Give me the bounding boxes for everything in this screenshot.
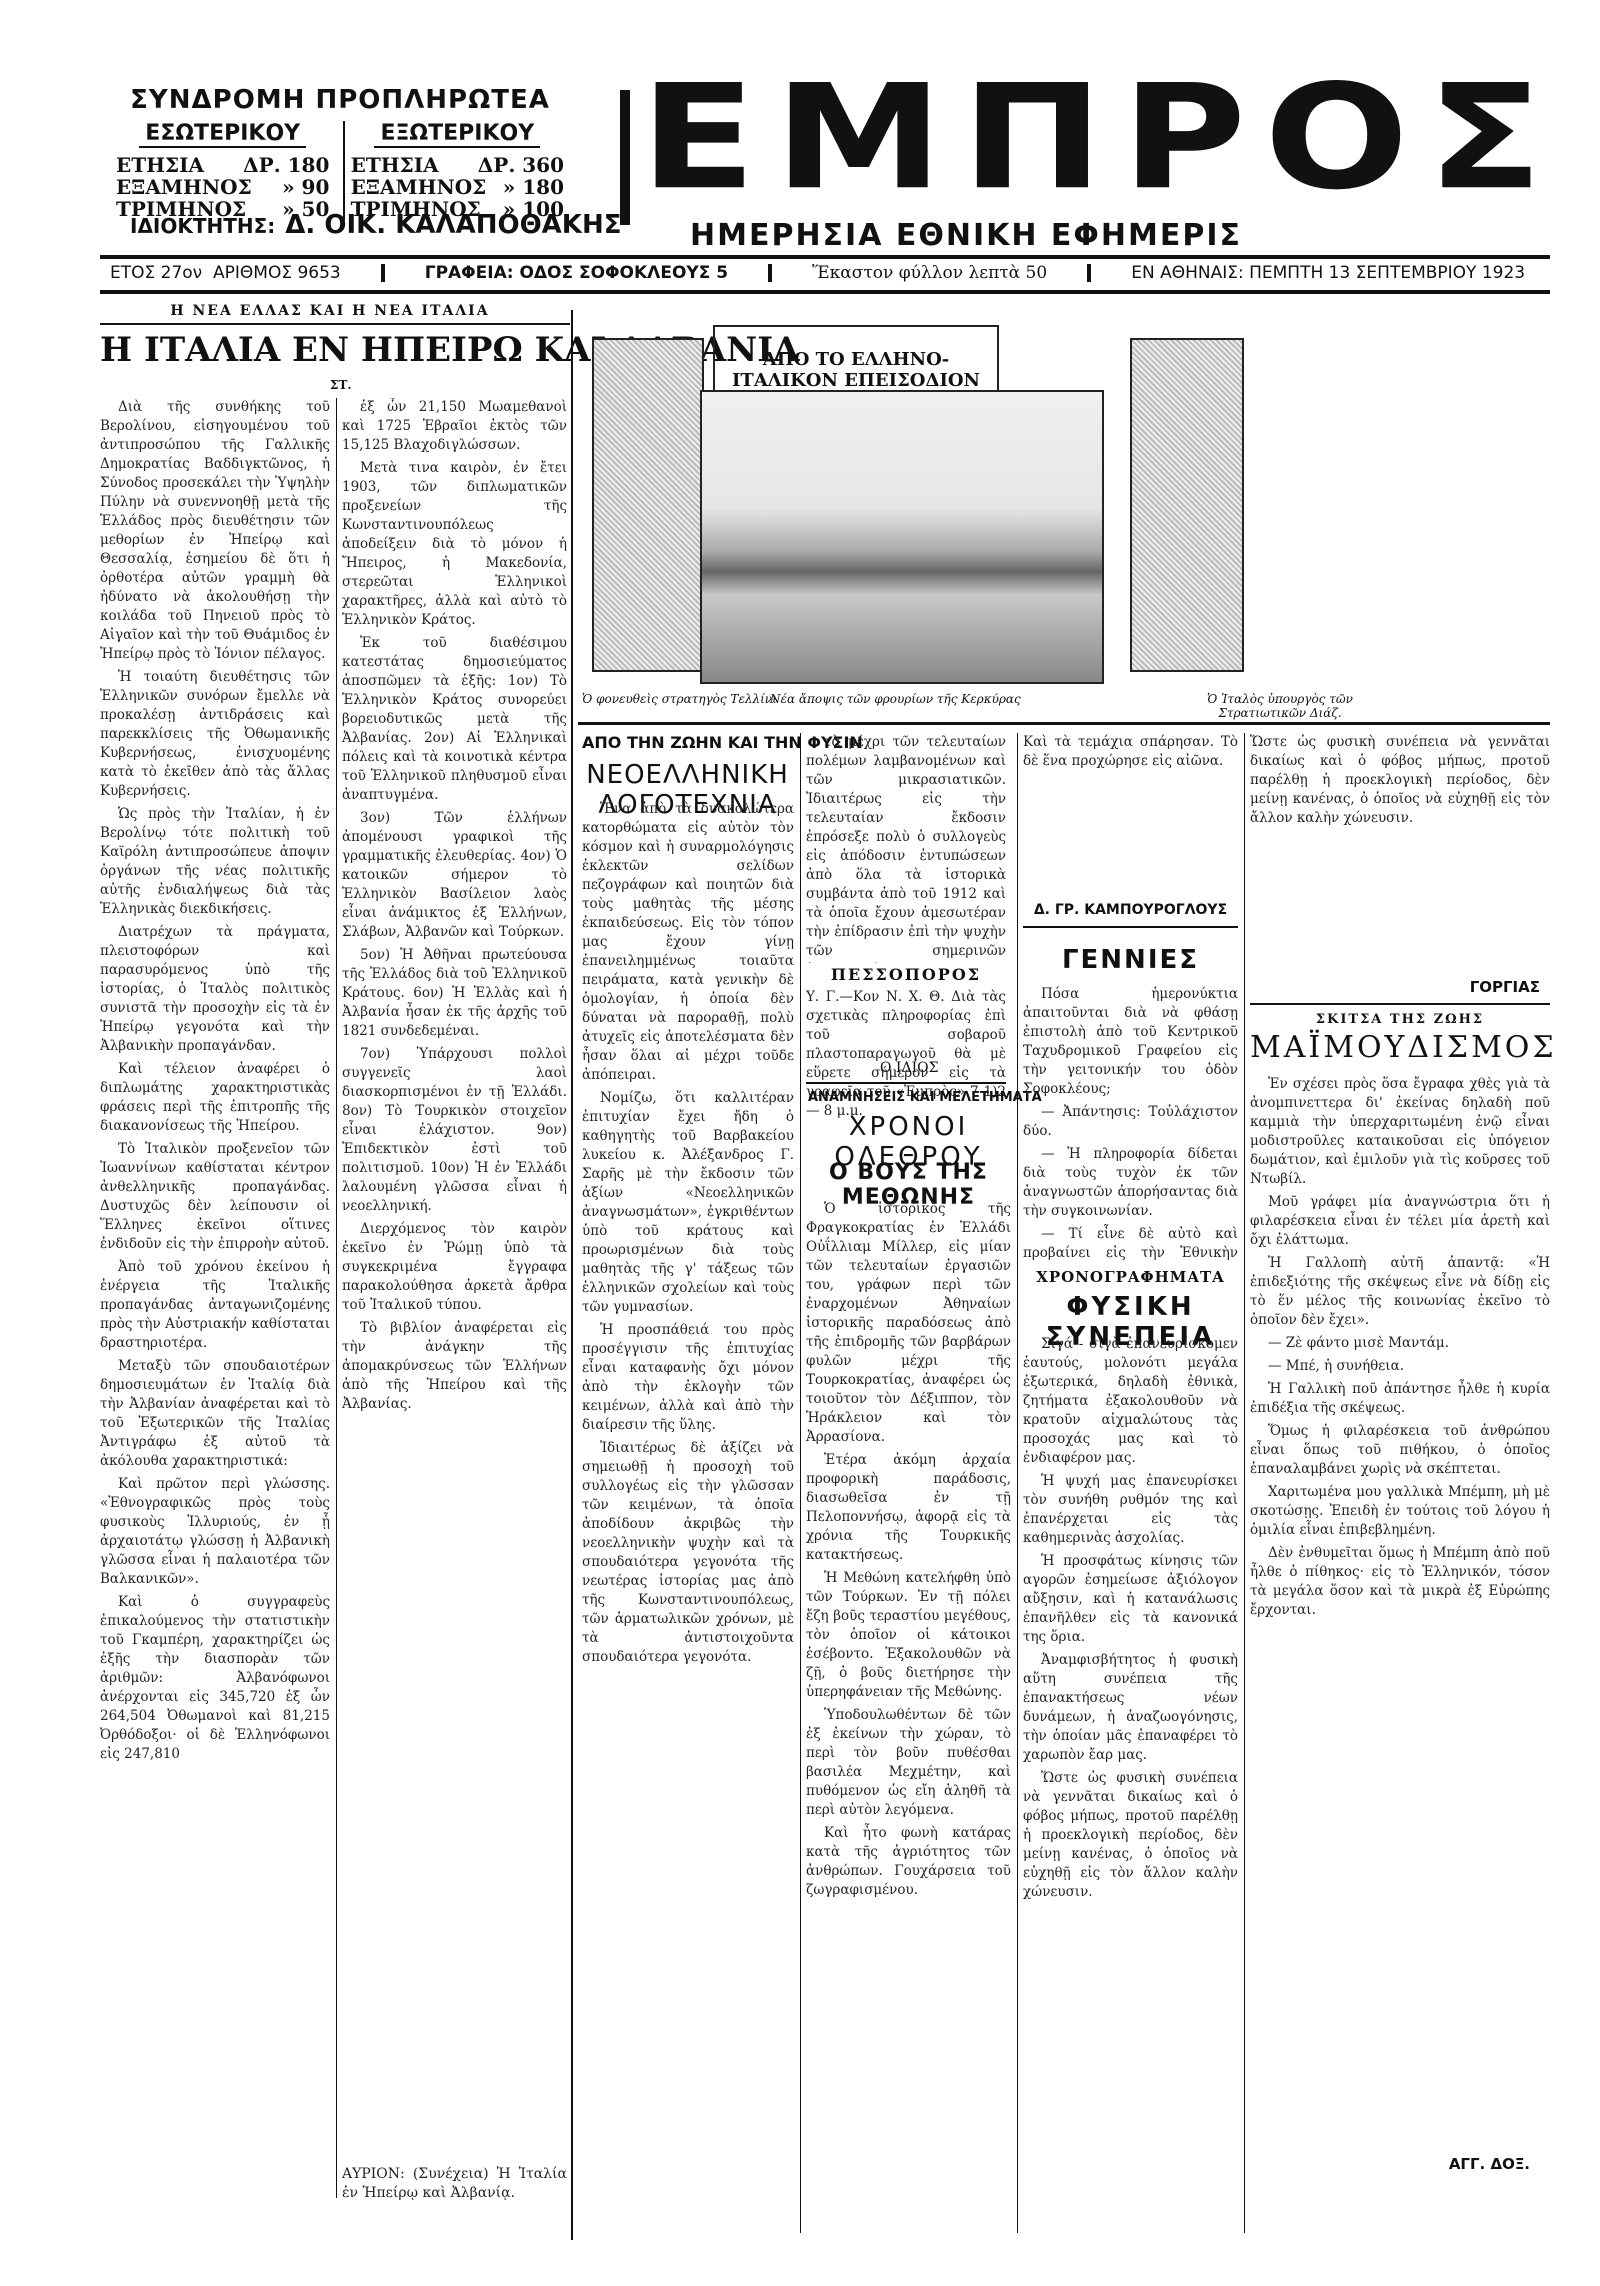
rate-row: ΕΞΑΜΗΝΟΣ» 90 [110, 176, 335, 198]
gennies-tail: Καὶ τὰ τεμάχια σπάρησαν. Τὸ δὲ ἕνα προχώ… [1023, 733, 1238, 843]
history-kicker: ΑΝΑΜΝΗΣΕΙΣ ΚΑΙ ΜΕΛΕΤΗΜΑΤΑ [808, 1090, 1042, 1105]
dateline: ΕΝ ΑΘΗΝΑΙΣ: ΠΕΜΠΤΗ 13 ΣΕΠΤΕΜΒΡΙΟΥ 1923 [1131, 263, 1525, 283]
column-divider [800, 733, 801, 2233]
lead-column-1: Διὰ τῆς συνθήκης τοῦ Βερολίνου, εἰσηγουμ… [100, 398, 330, 2198]
lead-kicker: Η ΝΕΑ ΕΛΛΑΣ ΚΑΙ Η ΝΕΑ ΙΤΑΛΙΑ [100, 303, 560, 319]
photo-general-tellini [592, 338, 704, 672]
subscription-foreign: ΕΞΩΤΕΡΙΚΟΥ ΕΤΗΣΙΑΔΡ. 360 ΕΞΑΜΗΝΟΣ» 180 Τ… [343, 121, 570, 220]
photo-bottom-rule [578, 722, 1550, 725]
owner-name: Δ. ΟΙΚ. ΚΑΛΑΠΟΘΑΚΗΣ [285, 210, 621, 240]
owner-label: ΙΔΙΟΚΤΗΤΗΣ: [130, 214, 275, 238]
masthead-tagline: ΗΜΕΡΗΣΙΑ ΕΘΝΙΚΗ ΕΦΗΜΕΡΙΣ [690, 218, 1242, 253]
history-body: Ὁ ἱστορικὸς τῆς Φραγκοκρατίας ἐν Ἑλλάδι … [806, 1200, 1011, 2240]
rate-row: ΕΞΑΜΗΝΟΣ» 180 [345, 176, 570, 198]
year-label: ΕΤΟΣ 27ον [110, 263, 202, 283]
life-sign: ΑΓΓ. ΔΟΞ. [1400, 2155, 1530, 2173]
divider [381, 264, 385, 282]
caption-center: Νέα ἄποψις τῶν φρουρίων τῆς Κερκύρας [770, 692, 1021, 706]
life-kicker: ΣΚΙΤΣΑ ΤΗΣ ΖΩΗΣ [1250, 1012, 1550, 1027]
masthead-title: ΕΜΠΡΟΣ [640, 70, 1561, 206]
foreign-heading: ΕΞΩΤΕΡΙΚΟΥ [374, 121, 540, 148]
section-rule [1250, 1003, 1550, 1005]
gennies-body: Πόσα ἡμερονύκτια ἀπαιτοῦνται διὰ νὰ φθάσ… [1023, 985, 1238, 1260]
column-divider [336, 398, 337, 2198]
divider [1087, 264, 1091, 282]
owner-line: ΙΔΙΟΚΤΗΤΗΣ:Δ. ΟΙΚ. ΚΑΛΑΠΟΘΑΚΗΣ [130, 210, 621, 240]
kicker-rule [100, 323, 570, 325]
lead-column-2: ἐξ ὧν 21,150 Μωαμεθανοὶ καὶ 1725 Ἑβραῖοι… [342, 398, 567, 2168]
pessoporos-sign: Ο ΙΔΙΟΣ [880, 1060, 938, 1076]
photo-corfu-fortress [700, 390, 1104, 684]
literature-column-2: τὰ μέχρι τῶν τελευταίων πολέμων λαμβανομ… [806, 733, 1006, 963]
issue-number: ΑΡΙΘΜΟΣ 9653 [213, 263, 341, 283]
rate-row: ΕΤΗΣΙΑΔΡ. 180 [110, 154, 335, 176]
lead-part-number: ΣΤ. [330, 378, 352, 392]
lead-headline: Η ΙΤΑΛΙΑ ΕΝ ΗΠΕΙΡΩ ΚΑΙ ΑΛΒΑΝΙΑ [100, 330, 570, 370]
info-bar: ΕΤΟΣ 27ον ΑΡΙΘΜΟΣ 9653 ΓΡΑΦΕΙΑ: ΟΔΟΣ ΣΟΦ… [110, 263, 1550, 283]
subscription-title: ΣΥΝΔΡΟΜΗ ΠΡΟΠΛΗΡΩΤΕΑ [110, 85, 570, 115]
divider [768, 264, 772, 282]
life-title: ΜΑΪΜΟΥΔΙΣΜΟΣ [1250, 1030, 1550, 1065]
top-rule [100, 255, 1550, 259]
chronography-continued: Ὥστε ὡς φυσικὴ συνέπεια νὰ γεννᾶται δικα… [1250, 733, 1550, 973]
rate-row: ΕΤΗΣΙΑΔΡ. 360 [345, 154, 570, 176]
section-rule [1023, 926, 1238, 928]
subscription-domestic: ΕΣΩΤΕΡΙΚΟΥ ΕΤΗΣΙΑΔΡ. 180 ΕΞΑΜΗΝΟΣ» 90 ΤΡ… [110, 121, 335, 220]
chronography-body: Σιγά - σιγὰ ἐπανευρίσκομεν ἑαυτούς, μολο… [1023, 1335, 1238, 2235]
photo-minister-diaz [1130, 338, 1244, 672]
subscription-box: ΣΥΝΔΡΟΜΗ ΠΡΟΠΛΗΡΩΤΕΑ ΕΣΩΤΕΡΙΚΟΥ ΕΤΗΣΙΑΔΡ… [110, 85, 570, 220]
gennies-sign: Δ. ΓΡ. ΚΑΜΠΟΥΡΟΓΛΟΥΣ [1023, 902, 1238, 918]
column-divider [571, 310, 573, 2240]
info-bottom-rule [100, 290, 1550, 294]
chronography-kicker: ΧΡΟΝΟΓΡΑΦΗΜΑΤΑ [1023, 1268, 1238, 1286]
caption-right: Ὁ Ἰταλὸς ὑπουργὸς τῶν Στρατιωτικῶν Διάζ. [1180, 692, 1380, 720]
column-divider [1017, 733, 1018, 2233]
pessoporos-title: ΠΕΣΣΟΠΟΡΟΣ [806, 965, 1006, 984]
chronography-sign: ΓΟΡΓΙΑΣ [1250, 978, 1540, 996]
column-divider [1244, 733, 1245, 2233]
price-label: Ἕκαστον φύλλον λεπτὰ 50 [812, 263, 1047, 283]
offices-address: ΓΡΑΦΕΙΑ: ΟΔΟΣ ΣΟΦΟΚΛΕΟΥΣ 5 [425, 263, 728, 283]
literature-column-1: Ἕνα ἀπὸ τὰ δυσκολώτερα κατορθώματα εἰς α… [582, 800, 794, 2200]
gennies-title: ΓΕΝΝΙΕΣ [1023, 945, 1238, 975]
life-body: Ἐν σχέσει πρὸς ὅσα ἔγραφα χθὲς γιὰ τὰ ἀν… [1250, 1075, 1550, 2145]
section-rule [806, 1082, 1006, 1084]
masthead-ornament-bar [620, 90, 630, 225]
lead-continued-note: ΑΥΡΙΟΝ: (Συνέχεια) Ἡ Ἰταλία ἐν Ἠπείρῳ κα… [342, 2165, 567, 2203]
caption-left: Ὁ φονευθεὶς στρατηγὸς Τελλίνι [582, 692, 777, 706]
domestic-heading: ΕΣΩΤΕΡΙΚΟΥ [139, 121, 306, 148]
